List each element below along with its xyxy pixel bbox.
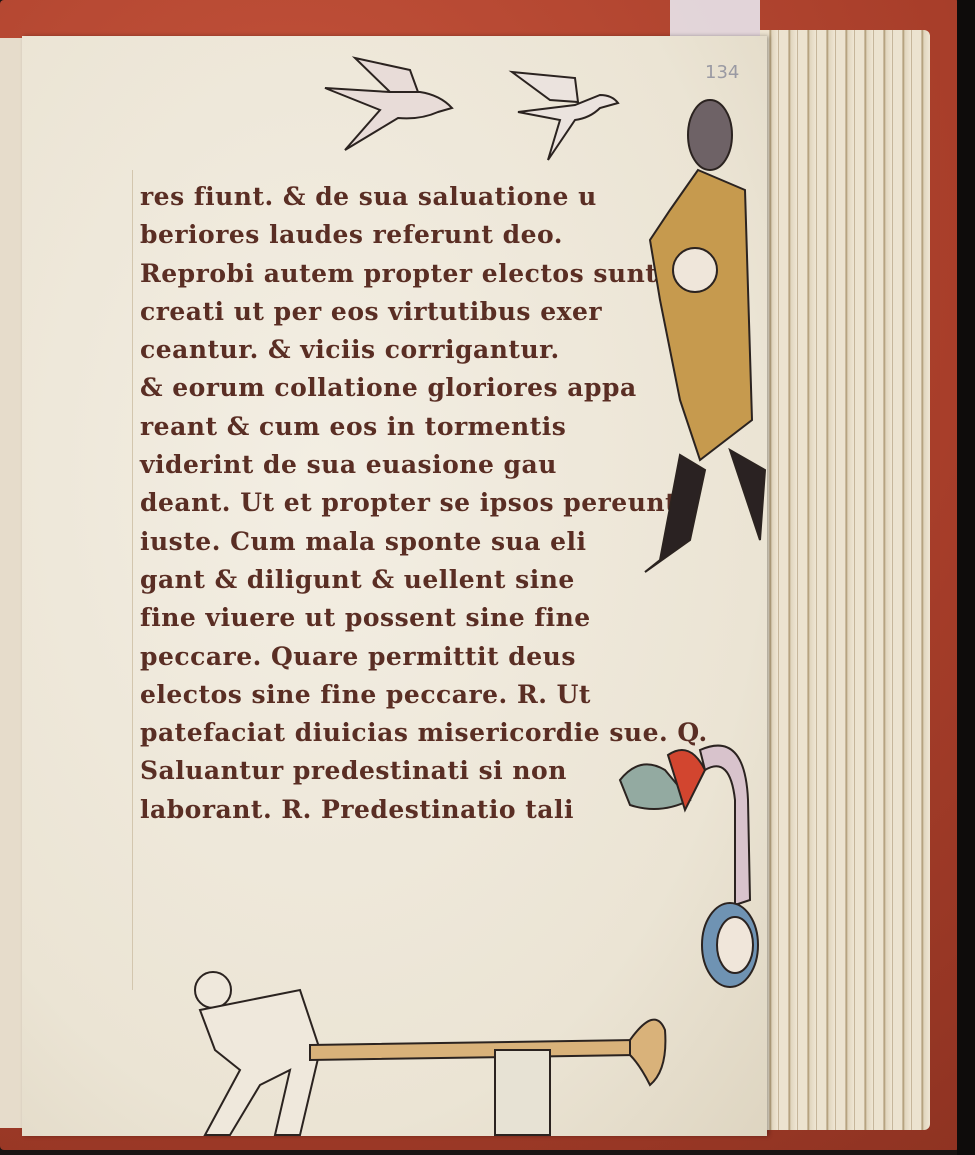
grotesque-creature [620, 746, 758, 987]
marginal-illustrations [0, 0, 975, 1155]
bird-icon [325, 58, 452, 150]
man-with-trumpet [195, 972, 665, 1135]
bird-icon [512, 72, 618, 160]
man-holding-owl [645, 100, 765, 572]
